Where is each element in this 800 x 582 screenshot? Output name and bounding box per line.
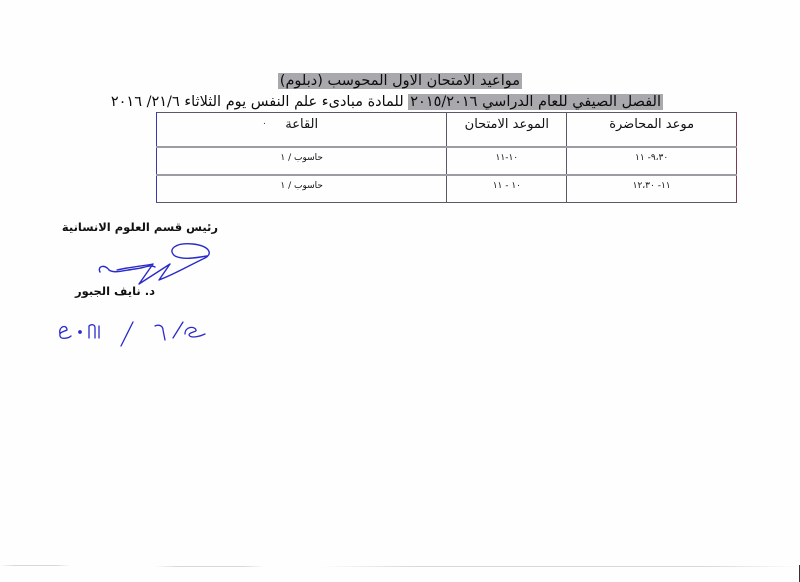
signatory-name: د. نايف الجبور bbox=[75, 284, 155, 298]
document-title-text: مواعيد الامتحان الاول المحوسب (دبلوم) bbox=[278, 73, 522, 89]
scan-edge bbox=[155, 566, 265, 567]
header-room-label: القاعة bbox=[285, 117, 318, 132]
header-room: القاعة ٠ bbox=[157, 113, 447, 147]
document-title: مواعيد الامتحان الاول المحوسب (دبلوم) bbox=[278, 72, 522, 90]
cell-lecture-time: ١١- ١٢،٣٠ bbox=[567, 175, 737, 203]
stray-mark: ٠ bbox=[262, 119, 267, 129]
signatory-title: رئيس قسم العلوم الانسانية bbox=[62, 220, 218, 234]
header-exam-time: الموعد الامتحان bbox=[447, 113, 567, 147]
table-row: ٩،٣٠- ١١ ١٠-١١ حاسوب / ١ bbox=[157, 147, 737, 175]
signature-block: رئيس قسم العلوم الانسانية د. نايف الجبور bbox=[60, 220, 230, 310]
table-header-row: موعد المحاضرة الموعد الامتحان القاعة ٠ bbox=[157, 113, 737, 147]
signature-scribble-icon bbox=[95, 240, 215, 290]
scan-edge bbox=[0, 565, 70, 566]
header-lecture-time: موعد المحاضرة bbox=[567, 113, 737, 147]
table-row: ١١- ١٢،٣٠ ١٠ - ١١ حاسوب / ١ bbox=[157, 175, 737, 203]
cell-room: حاسوب / ١ bbox=[157, 147, 447, 175]
scan-edge bbox=[320, 566, 800, 567]
cell-room: حاسوب / ١ bbox=[157, 175, 447, 203]
exam-schedule-table: موعد المحاضرة الموعد الامتحان القاعة ٠ ٩… bbox=[156, 112, 737, 203]
handwritten-date: ٢/٦ / ٢٠١٦ bbox=[55, 312, 225, 352]
scanned-page: مواعيد الامتحان الاول المحوسب (دبلوم) ال… bbox=[0, 0, 800, 582]
cell-lecture-time: ٩،٣٠- ١١ bbox=[567, 147, 737, 175]
document-subtitle: الفصل الصيفي للعام الدراسي ٢٠١٥/٢٠١٦ للم… bbox=[111, 93, 663, 111]
subtitle-term: الفصل الصيفي للعام الدراسي ٢٠١٥/٢٠١٦ bbox=[408, 94, 663, 110]
cell-exam-time: ١٠ - ١١ bbox=[447, 175, 567, 203]
cell-exam-time: ١٠-١١ bbox=[447, 147, 567, 175]
subtitle-course-date: للمادة مبادىء علم النفس يوم الثلاثاء ٢١/… bbox=[111, 94, 408, 110]
handwritten-date-text: ٢/٦ / ٢٠١٦ bbox=[55, 312, 60, 313]
